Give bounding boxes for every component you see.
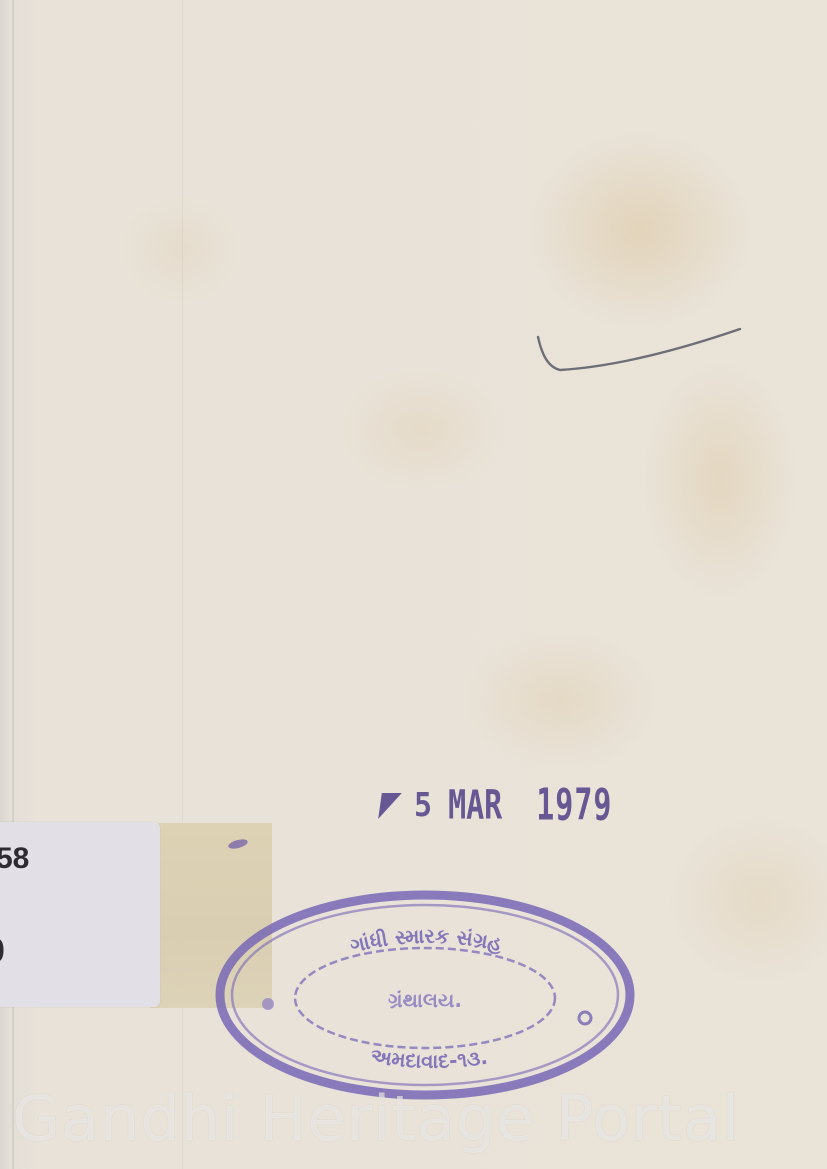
library-call-number-label: 58 0 (0, 822, 160, 1007)
svg-text:ગાંધી સ્મારક સંગ્રહ: ગાંધી સ્મારક સંગ્રહ (348, 924, 506, 958)
portal-watermark: Gandhi Heritage Portal (12, 1082, 812, 1155)
stamp-flag-icon (378, 793, 402, 819)
received-date-stamp: 5 MAR 1979 (380, 788, 613, 823)
stamp-top-text: ગાંધી સ્મારક સંગ્રહ (348, 924, 506, 958)
book-cover-page: 5 MAR 1979 58 0 ગાંધી સ્મારક સંગ્રહ ગ્રં… (0, 0, 827, 1169)
stamp-month: MAR (448, 782, 502, 829)
stamp-day: 5 (414, 786, 434, 825)
pencil-tick-mark (530, 315, 750, 385)
stamp-center-text: ગ્રંથાલય. (388, 988, 462, 1012)
library-oval-stamp: ગાંધી સ્મારક સંગ્રહ ગ્રંથાલય. અમદાવાદ-૧૩… (210, 880, 640, 1100)
stamp-year: 1979 (536, 780, 612, 831)
call-number-line2: 0 (0, 932, 5, 971)
call-number-line1: 58 (0, 842, 29, 876)
